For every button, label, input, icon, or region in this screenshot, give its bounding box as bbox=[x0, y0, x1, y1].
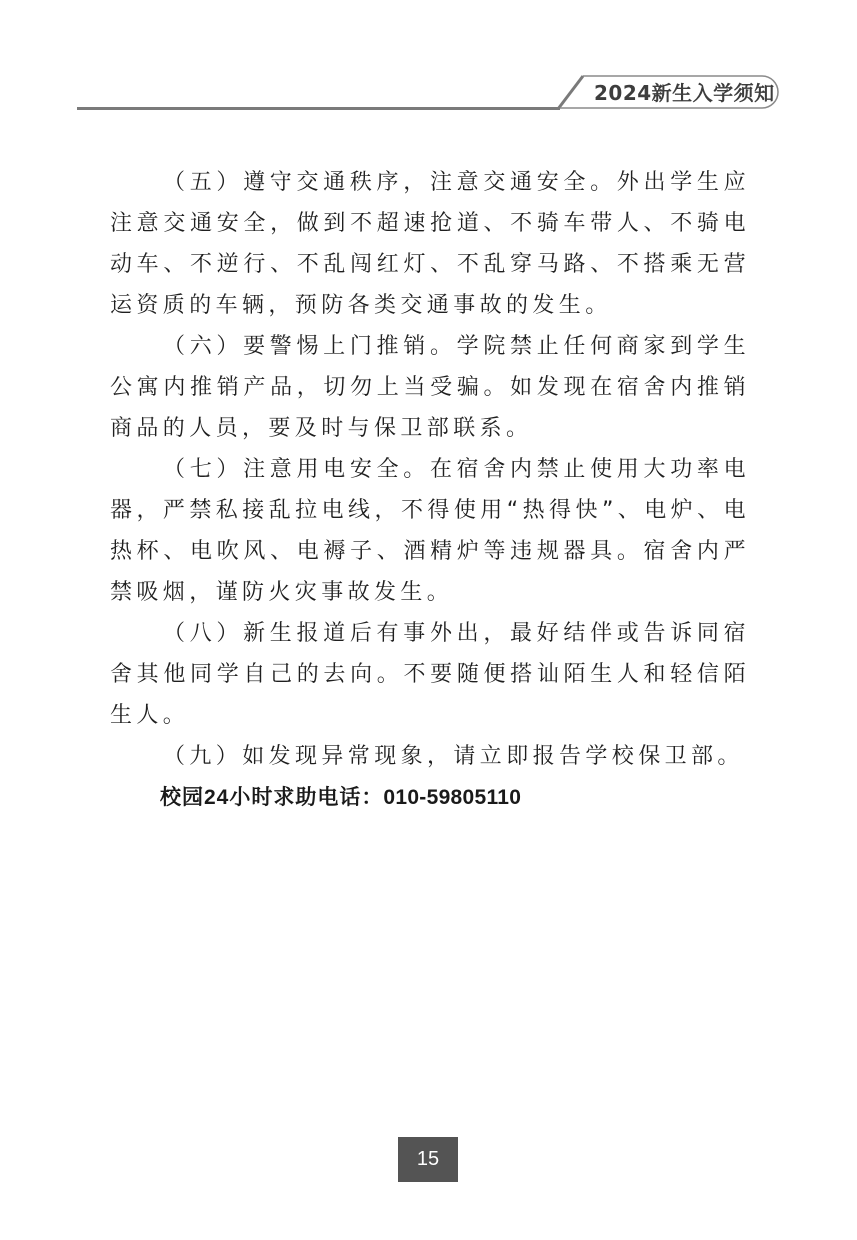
page-number: 15 bbox=[398, 1137, 458, 1182]
paragraph-report-anomalies: （九）如发现异常现象，请立即报告学校保卫部。 bbox=[110, 736, 750, 777]
paragraph-traffic-safety: （五）遵守交通秩序，注意交通安全。外出学生应注意交通安全，做到不超速抢道、不骑车… bbox=[110, 162, 750, 326]
hotline-number: 010-59805110 bbox=[383, 786, 521, 809]
paragraph-going-out: （八）新生报道后有事外出，最好结伴或告诉同宿舍其他同学自己的去向。不要随便搭讪陌… bbox=[110, 613, 750, 736]
header-decoration-icon bbox=[0, 0, 857, 130]
page-header: 2024新生入学须知 bbox=[0, 0, 857, 130]
header-title: 2024新生入学须知 bbox=[594, 78, 775, 108]
paragraph-electrical-safety: （七）注意用电安全。在宿舍内禁止使用大功率电器，严禁私接乱拉电线，不得使用“热得… bbox=[110, 449, 750, 613]
hotline: 校园24小时求助电话：010-59805110 bbox=[110, 777, 750, 818]
document-body: （五）遵守交通秩序，注意交通安全。外出学生应注意交通安全，做到不超速抢道、不骑车… bbox=[110, 162, 750, 818]
paragraph-door-sales: （六）要警惕上门推销。学院禁止任何商家到学生公寓内推销产品，切勿上当受骗。如发现… bbox=[110, 326, 750, 449]
hotline-label: 校园24小时求助电话： bbox=[160, 786, 383, 809]
